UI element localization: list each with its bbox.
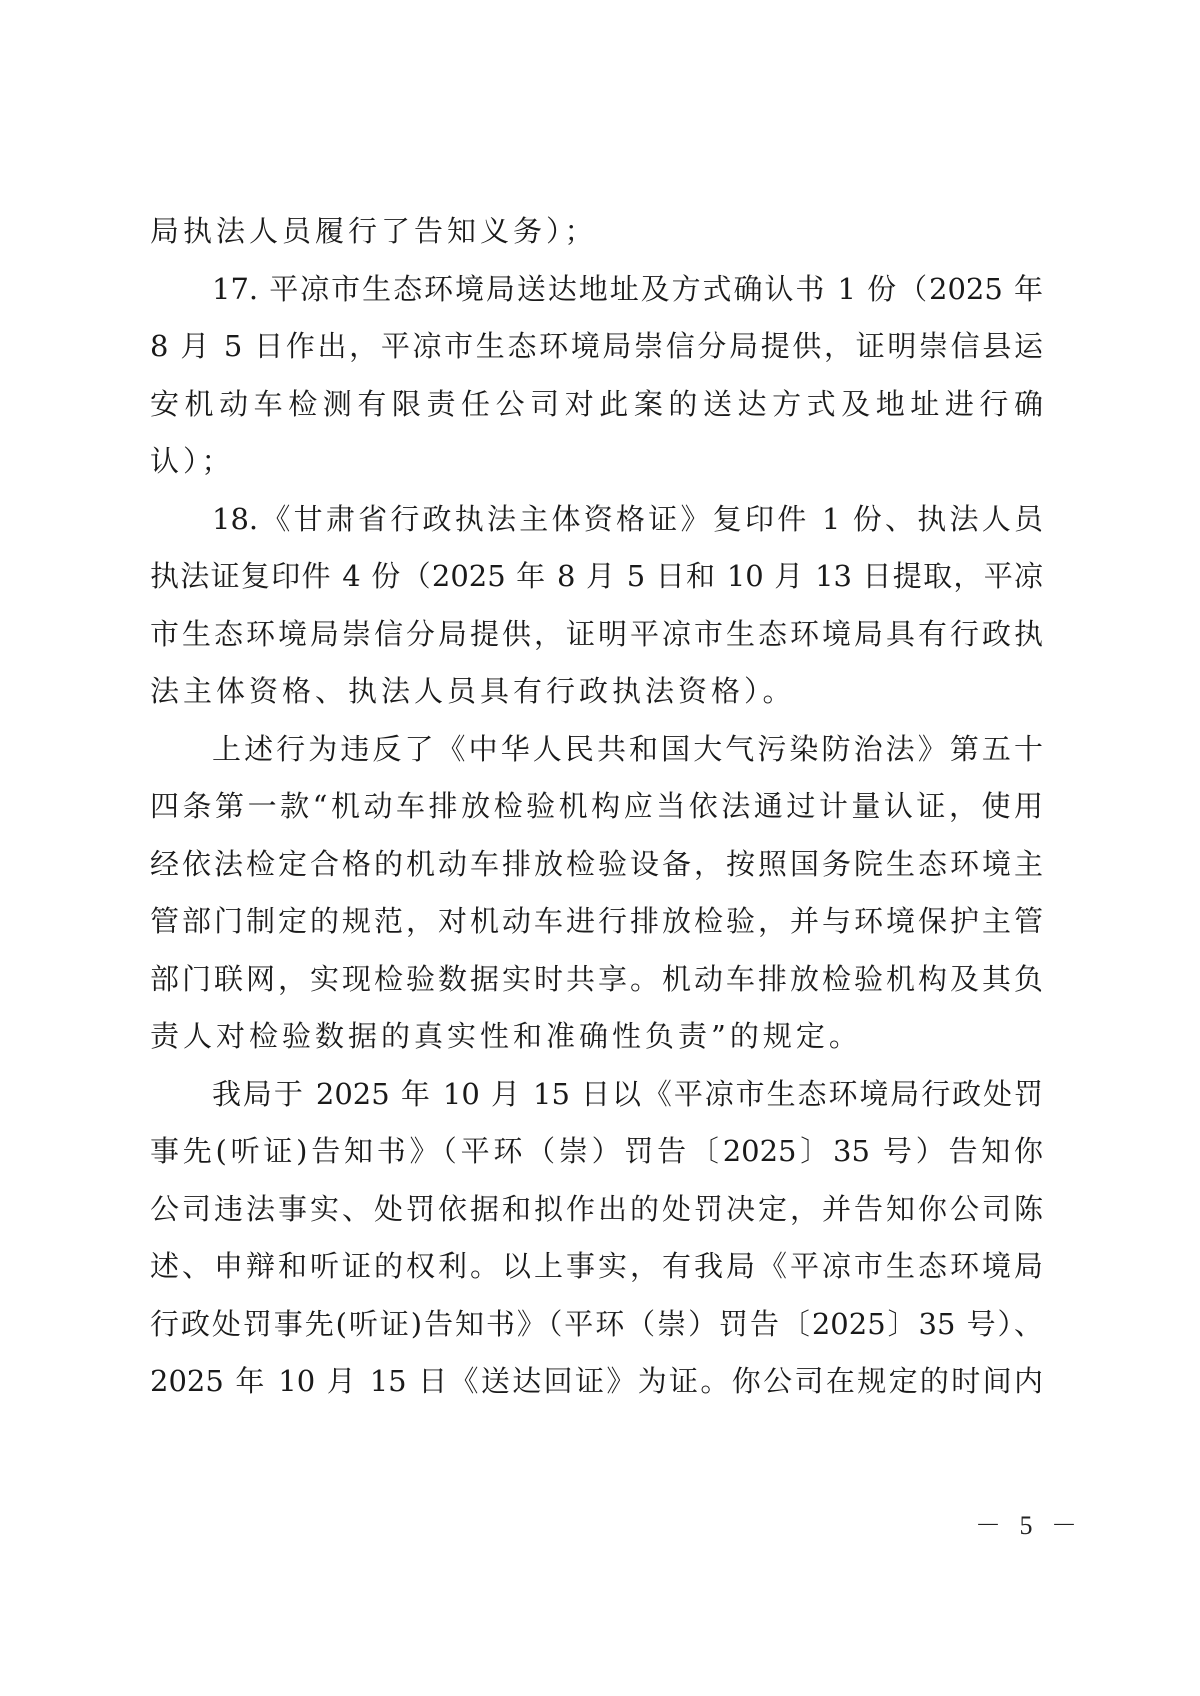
text-line: 法主体资格、执法人员具有行政执法资格）。 [150, 668, 1043, 726]
text-line: 执法证复印件 4 份（2025 年 8 月 5 日和 10 月 13 日提取，平… [150, 553, 1043, 611]
text-line: 述、申辩和听证的权利。以上事实，有我局《平凉市生态环境局 [150, 1243, 1043, 1301]
text-line: 行政处罚事先(听证)告知书》（平环（崇）罚告〔2025〕35 号）、 [150, 1301, 1043, 1359]
text-line: 8 月 5 日作出，平凉市生态环境局崇信分局提供，证明崇信县运 [150, 323, 1043, 381]
text-line: 17. 平凉市生态环境局送达地址及方式确认书 1 份（2025 年 [150, 266, 1043, 324]
text-line: 经依法检定合格的机动车排放检验设备，按照国务院生态环境主 [150, 841, 1043, 899]
text-line: 管部门制定的规范，对机动车进行排放检验，并与环境保护主管 [150, 898, 1043, 956]
text-line: 局执法人员履行了告知义务）； [150, 208, 1043, 266]
text-line: 四条第一款“机动车排放检验机构应当依法通过计量认证，使用 [150, 783, 1043, 841]
page-number: － 5 － [975, 1505, 1083, 1542]
text-line: 18.《甘肃省行政执法主体资格证》复印件 1 份、执法人员 [150, 496, 1043, 554]
text-line: 责人对检验数据的真实性和准确性负责”的规定。 [150, 1013, 1043, 1071]
text-line: 公司违法事实、处罚依据和拟作出的处罚决定，并告知你公司陈 [150, 1186, 1043, 1244]
document-body: 局执法人员履行了告知义务）； 17. 平凉市生态环境局送达地址及方式确认书 1 … [150, 208, 1043, 1416]
text-line: 事先(听证)告知书》（平环（崇）罚告〔2025〕35 号）告知你 [150, 1128, 1043, 1186]
text-line: 2025 年 10 月 15 日《送达回证》为证。你公司在规定的时间内 [150, 1358, 1043, 1416]
text-line: 部门联网，实现检验数据实时共享。机动车排放检验机构及其负 [150, 956, 1043, 1014]
text-line: 上述行为违反了《中华人民共和国大气污染防治法》第五十 [150, 726, 1043, 784]
text-line: 我局于 2025 年 10 月 15 日以《平凉市生态环境局行政处罚 [150, 1071, 1043, 1129]
document-page: 局执法人员履行了告知义务）； 17. 平凉市生态环境局送达地址及方式确认书 1 … [0, 0, 1200, 1696]
text-line: 安机动车检测有限责任公司对此案的送达方式及地址进行确 [150, 381, 1043, 439]
text-line: 认）； [150, 438, 1043, 496]
text-line: 市生态环境局崇信分局提供，证明平凉市生态环境局具有行政执 [150, 611, 1043, 669]
